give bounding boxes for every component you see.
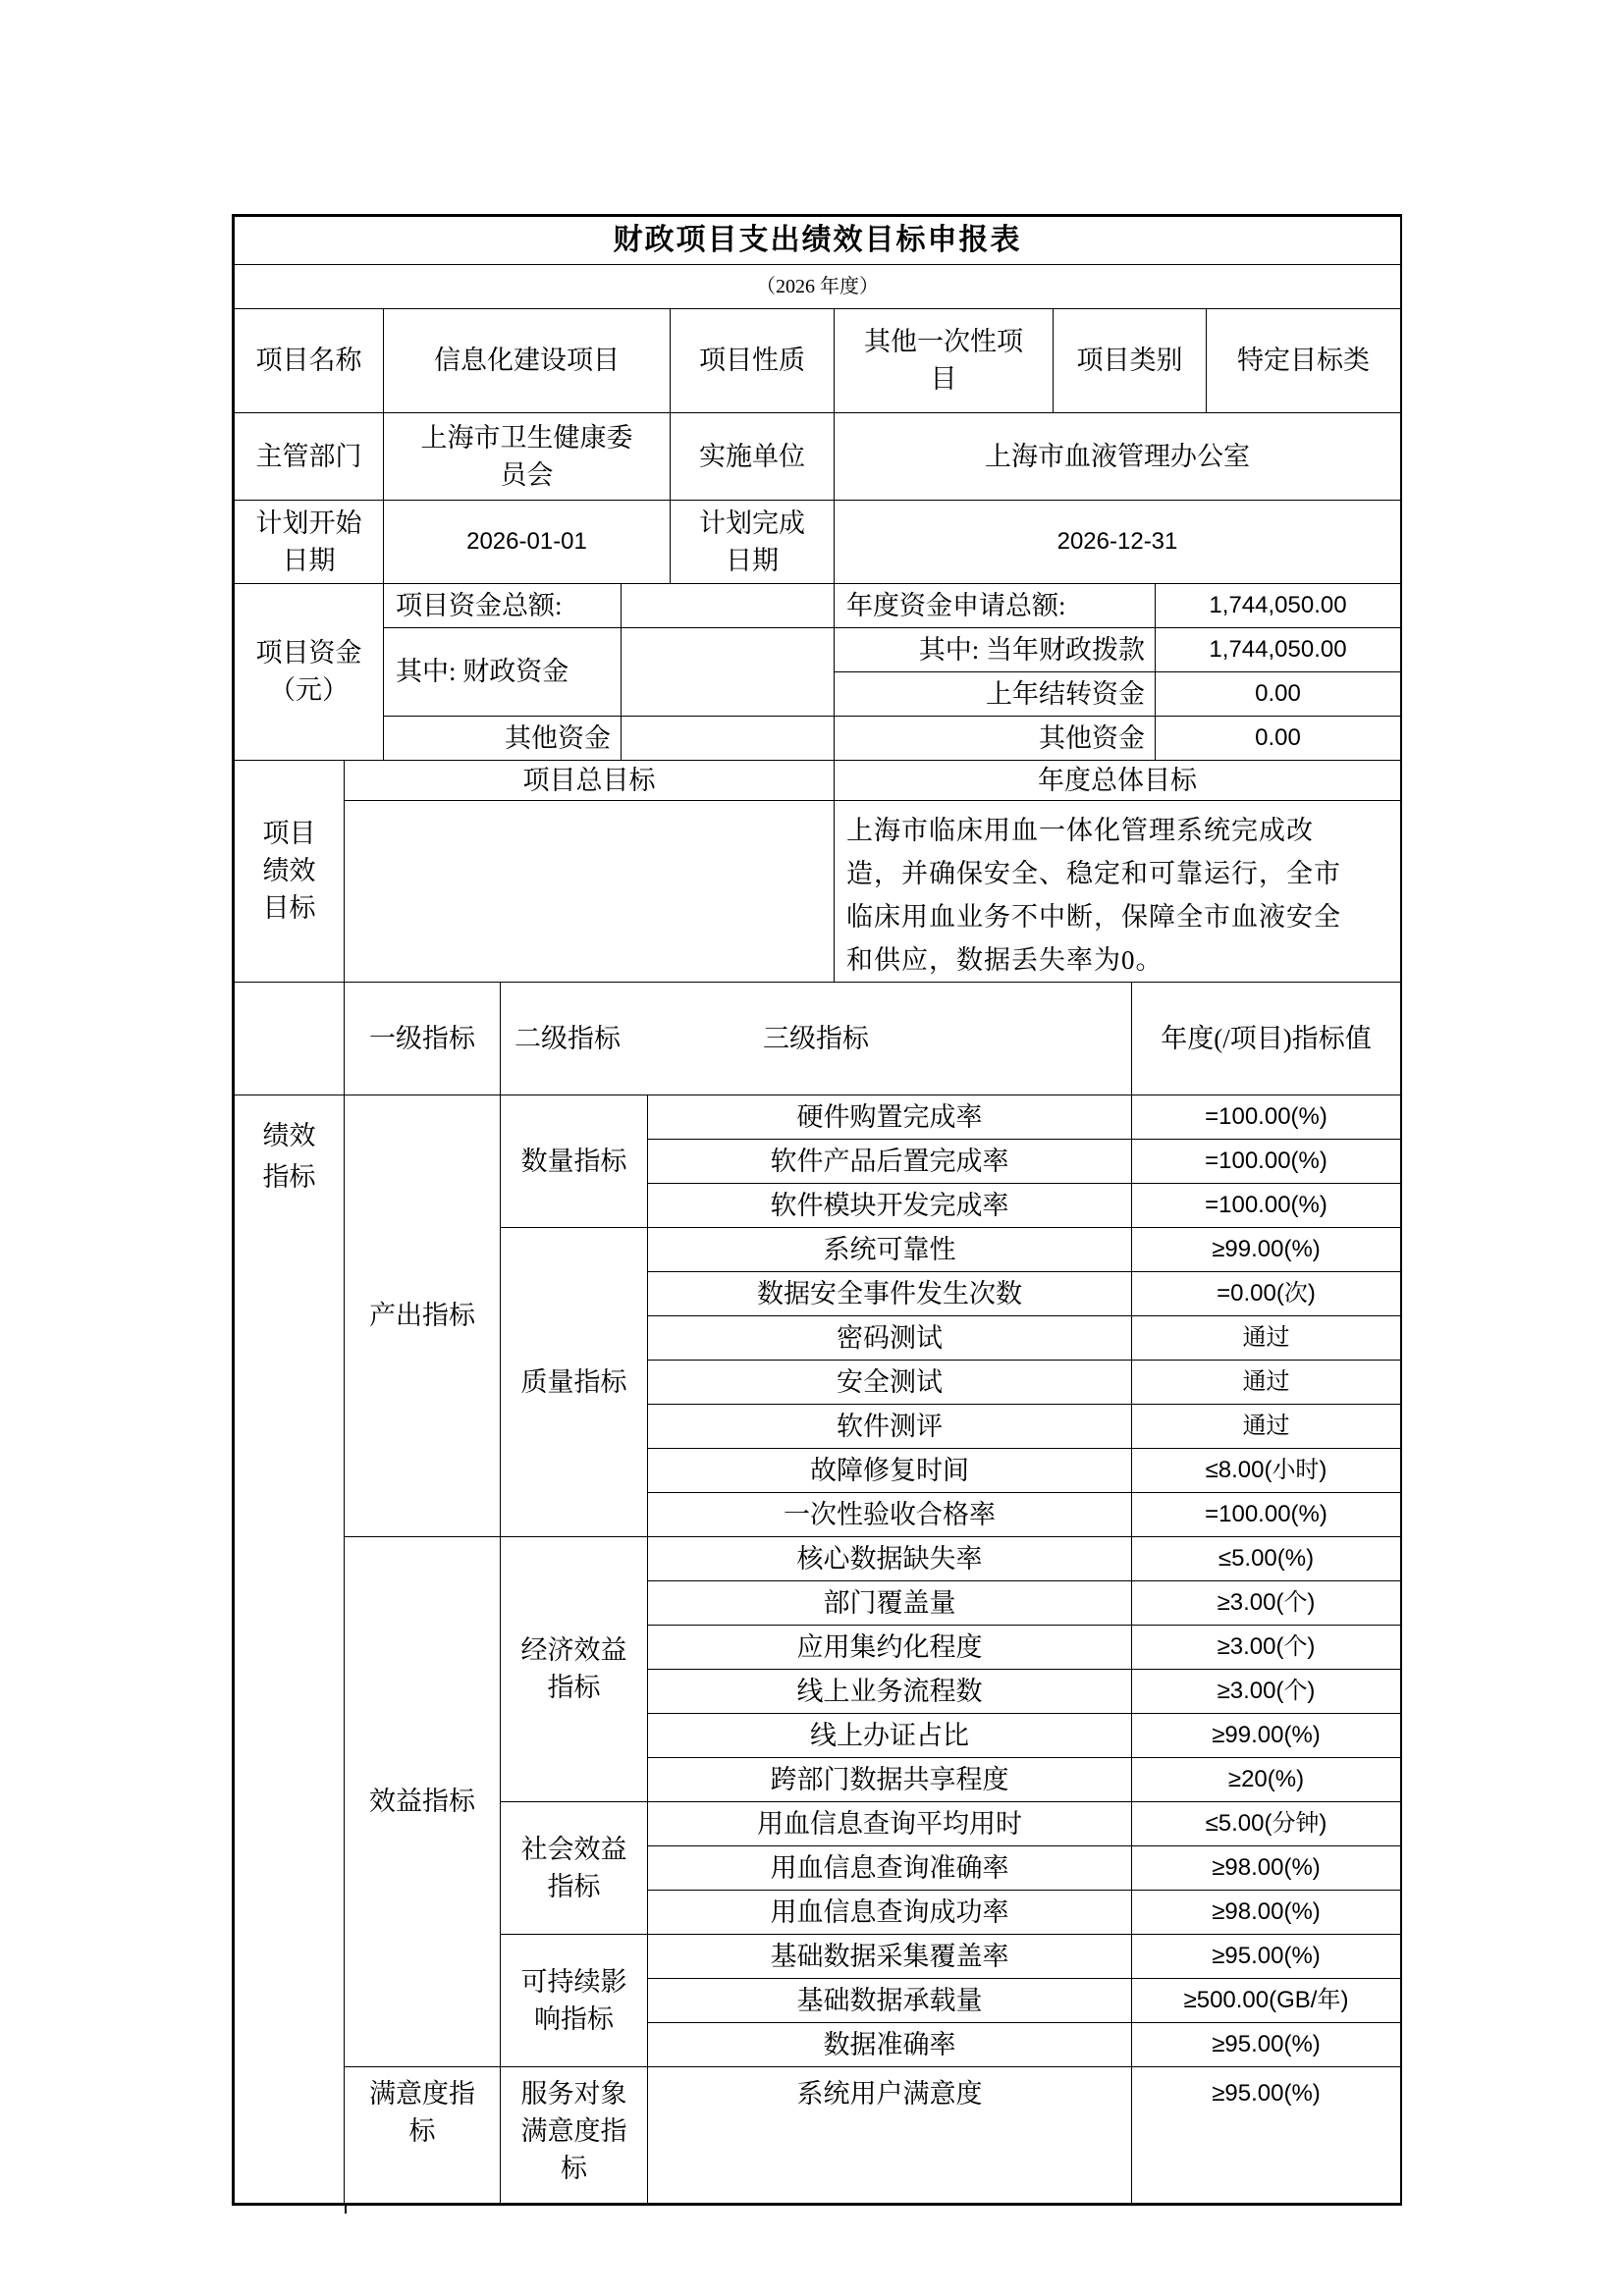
level3-indicator-name: 一次性验收合格率	[648, 1492, 1132, 1536]
bottom-border-tick	[345, 2204, 347, 2214]
project-category-label: 项目类别	[1054, 308, 1207, 412]
plan-date-row: 计划开始 日期 2026-01-01 计划完成 日期 2026-12-31	[235, 500, 1401, 583]
indicator-target-value: ≥95.00(%)	[1132, 2022, 1401, 2066]
current-year-appropriation-value: 1,744,050.00	[1156, 627, 1401, 671]
carryover-fund-label: 上年结转资金	[835, 671, 1156, 716]
level3-indicator-name: 软件模块开发完成率	[648, 1183, 1132, 1227]
level3-indicator-name: 线上办证占比	[648, 1713, 1132, 1757]
other-fund-value-left	[622, 716, 835, 760]
department-section: 主管部门 上海市卫生健康委 员会 实施单位 上海市血液管理办公室	[234, 412, 1401, 501]
level3-indicator-name: 用血信息查询平均用时	[648, 1801, 1132, 1845]
project-basic-info-section: 项目名称 信息化建设项目 项目性质 其他一次性项 目 项目类别 特定目标类	[234, 308, 1401, 413]
document-page: 财政项目支出绩效目标申报表 （2026 年度） 项目名称 信息化建设项目 项目性…	[0, 0, 1624, 2296]
fiscal-fund-label: 其中: 财政资金	[384, 627, 622, 716]
annual-request-total-label: 年度资金申请总额:	[835, 583, 1156, 627]
indicator-target-value: ≤8.00(小时)	[1132, 1448, 1401, 1492]
plan-date-section: 计划开始 日期 2026-01-01 计划完成 日期 2026-12-31	[234, 500, 1401, 584]
level3-indicator-name: 用血信息查询成功率	[648, 1890, 1132, 1934]
indicator-target-value: ≥95.00(%)	[1132, 2066, 1401, 2203]
implementing-unit-label: 实施单位	[671, 412, 835, 500]
indicator-target-value: 通过	[1132, 1360, 1401, 1404]
supervising-department-label: 主管部门	[235, 412, 384, 500]
indicator-target-value: ≥3.00(个)	[1132, 1625, 1401, 1669]
level3-indicator-name: 密码测试	[648, 1315, 1132, 1360]
indicator-target-value: ≥99.00(%)	[1132, 1227, 1401, 1271]
indicator-target-value: =100.00(%)	[1132, 1492, 1401, 1536]
indicator-target-value: ≥99.00(%)	[1132, 1713, 1401, 1757]
carryover-fund-value: 0.00	[1156, 671, 1401, 716]
level3-indicator-name: 应用集约化程度	[648, 1625, 1132, 1669]
level2-indicator-cell: 服务对象 满意度指 标	[501, 2066, 648, 2203]
level3-indicator-name: 部门覆盖量	[648, 1580, 1132, 1625]
fund-row-other: 其他资金 其他资金 0.00	[235, 716, 1401, 760]
indicator-target-value: ≤5.00(分钟)	[1132, 1801, 1401, 1845]
fiscal-fund-value	[622, 627, 835, 716]
annual-overall-goal-header: 年度总体目标	[835, 760, 1401, 800]
indicator-target-value: ≥500.00(GB/年)	[1132, 1978, 1401, 2022]
plan-end-date-label: 计划完成 日期	[671, 500, 835, 583]
title-section: 财政项目支出绩效目标申报表	[234, 216, 1401, 265]
level2-indicator-cell: 数量指标	[501, 1095, 648, 1227]
indicator-row: 满意度指 标服务对象 满意度指 标系统用户满意度≥95.00(%)	[235, 2066, 1401, 2203]
indicator-target-value: ≥3.00(个)	[1132, 1669, 1401, 1713]
annual-indicator-value-header: 年度(/项目)指标值	[1132, 982, 1401, 1095]
level1-indicator-cell: 满意度指 标	[345, 2066, 501, 2203]
annual-overall-goal-text: 上海市临床用血一体化管理系统完成改 造，并确保安全、稳定和可靠运行，全市 临床用…	[835, 800, 1401, 982]
current-year-appropriation-label: 其中: 当年财政拨款	[835, 627, 1156, 671]
fund-total-label: 项目资金总额:	[384, 583, 622, 627]
level3-indicator-name: 软件产品后置完成率	[648, 1139, 1132, 1183]
goal-content-row: 上海市临床用血一体化管理系统完成改 造，并确保安全、稳定和可靠运行，全市 临床用…	[235, 800, 1401, 982]
indicator-row: 效益指标经济效益 指标核心数据缺失率≤5.00(%)	[235, 1536, 1401, 1580]
project-name-row: 项目名称 信息化建设项目 项目性质 其他一次性项 目 项目类别 特定目标类	[235, 308, 1401, 412]
indicator-target-value: ≥3.00(个)	[1132, 1580, 1401, 1625]
level3-indicator-name: 用血信息查询准确率	[648, 1845, 1132, 1890]
level3-indicator-name: 基础数据承载量	[648, 1978, 1132, 2022]
project-fund-side-label: 项目资金 （元）	[235, 583, 384, 760]
level3-indicator-name: 系统用户满意度	[648, 2066, 1132, 2203]
level3-indicator-name: 跨部门数据共享程度	[648, 1757, 1132, 1801]
project-name-value: 信息化建设项目	[384, 308, 671, 412]
performance-goal-side-label: 项目 绩效 目标	[235, 760, 345, 982]
level3-indicator-name: 硬件购置完成率	[648, 1095, 1132, 1139]
plan-end-date-value: 2026-12-31	[835, 500, 1401, 583]
implementing-unit-value: 上海市血液管理办公室	[835, 412, 1401, 500]
level3-indicator-name: 系统可靠性	[648, 1227, 1132, 1271]
goal-header-row: 项目 绩效 目标 项目总目标 年度总体目标	[235, 760, 1401, 800]
subtitle-row: （2026 年度）	[235, 264, 1401, 308]
level1-indicator-cell: 产出指标	[345, 1095, 501, 1536]
other-fund-right-value: 0.00	[1156, 716, 1401, 760]
project-fund-section: 项目资金 （元） 项目资金总额: 年度资金申请总额: 1,744,050.00 …	[234, 583, 1401, 761]
performance-indicators-side-label: 绩效 指标	[235, 1095, 345, 2203]
indicator-target-value: ≥98.00(%)	[1132, 1890, 1401, 1934]
performance-goal-section: 项目 绩效 目标 项目总目标 年度总体目标 上海市临床用血一体化管理系统完成改 …	[234, 760, 1401, 983]
indicator-target-value: ≥95.00(%)	[1132, 1934, 1401, 1978]
level1-indicator-header: 一级指标	[345, 982, 501, 1095]
level3-indicator-name: 核心数据缺失率	[648, 1536, 1132, 1580]
plan-start-date-label: 计划开始 日期	[235, 500, 384, 583]
form-subtitle-year: （2026 年度）	[235, 264, 1401, 308]
level2-indicator-cell: 社会效益 指标	[501, 1801, 648, 1934]
level3-indicator-name: 软件测评	[648, 1404, 1132, 1448]
indicator-target-value: =100.00(%)	[1132, 1095, 1401, 1139]
declaration-form-table: 财政项目支出绩效目标申报表 （2026 年度） 项目名称 信息化建设项目 项目性…	[232, 214, 1402, 2206]
level2-indicator-cell: 可持续影 响指标	[501, 1934, 648, 2066]
indicator-header-row: 一级指标 二级指标 三级指标 年度(/项目)指标值	[235, 982, 1401, 1095]
indicator-row: 绩效 指标产出指标数量指标硬件购置完成率=100.00(%)	[235, 1095, 1401, 1139]
other-fund-right-label: 其他资金	[835, 716, 1156, 760]
fund-row-fiscal: 其中: 财政资金 其中: 当年财政拨款 1,744,050.00	[235, 627, 1401, 671]
subtitle-section: （2026 年度）	[234, 264, 1401, 309]
project-category-value: 特定目标类	[1207, 308, 1401, 412]
fund-total-value	[622, 583, 835, 627]
indicator-header-section: 一级指标 二级指标 三级指标 年度(/项目)指标值	[234, 982, 1401, 1095]
level3-indicator-name: 安全测试	[648, 1360, 1132, 1404]
annual-request-total-value: 1,744,050.00	[1156, 583, 1401, 627]
level2-indicator-cell: 经济效益 指标	[501, 1536, 648, 1801]
supervising-department-value: 上海市卫生健康委 员会	[384, 412, 671, 500]
indicator-target-value: ≥20(%)	[1132, 1757, 1401, 1801]
level3-indicator-name: 数据准确率	[648, 2022, 1132, 2066]
level3-indicator-name: 线上业务流程数	[648, 1669, 1132, 1713]
level3-indicator-header-label: 三级指标	[763, 1020, 869, 1057]
project-name-label: 项目名称	[235, 308, 384, 412]
indicator-target-value: =100.00(%)	[1132, 1139, 1401, 1183]
project-overall-goal-cell	[345, 800, 835, 982]
indicator-target-value: =0.00(次)	[1132, 1271, 1401, 1315]
level2-indicator-header-label: 二级指标	[514, 1024, 621, 1053]
title-row: 财政项目支出绩效目标申报表	[235, 217, 1401, 265]
level2-level3-indicator-header: 二级指标 三级指标	[501, 982, 1132, 1095]
level3-indicator-name: 数据安全事件发生次数	[648, 1271, 1132, 1315]
indicator-target-value: ≤5.00(%)	[1132, 1536, 1401, 1580]
level2-indicator-cell: 质量指标	[501, 1227, 648, 1536]
level3-indicator-name: 基础数据采集覆盖率	[648, 1934, 1132, 1978]
indicator-target-value: 通过	[1132, 1315, 1401, 1360]
plan-start-date-value: 2026-01-01	[384, 500, 671, 583]
indicator-target-value: 通过	[1132, 1404, 1401, 1448]
other-fund-label: 其他资金	[384, 716, 622, 760]
indicator-target-value: =100.00(%)	[1132, 1183, 1401, 1227]
level1-indicator-cell: 效益指标	[345, 1536, 501, 2066]
department-row: 主管部门 上海市卫生健康委 员会 实施单位 上海市血液管理办公室	[235, 412, 1401, 500]
indicator-body-section: 绩效 指标产出指标数量指标硬件购置完成率=100.00(%)软件产品后置完成率=…	[234, 1095, 1401, 2204]
form-title: 财政项目支出绩效目标申报表	[235, 217, 1401, 265]
level3-indicator-name: 故障修复时间	[648, 1448, 1132, 1492]
project-nature-label: 项目性质	[671, 308, 835, 412]
fund-row-total: 项目资金 （元） 项目资金总额: 年度资金申请总额: 1,744,050.00	[235, 583, 1401, 627]
indicator-header-empty-cell	[235, 982, 345, 1095]
project-overall-goal-header: 项目总目标	[345, 760, 835, 800]
indicator-target-value: ≥98.00(%)	[1132, 1845, 1401, 1890]
project-nature-value: 其他一次性项 目	[835, 308, 1054, 412]
